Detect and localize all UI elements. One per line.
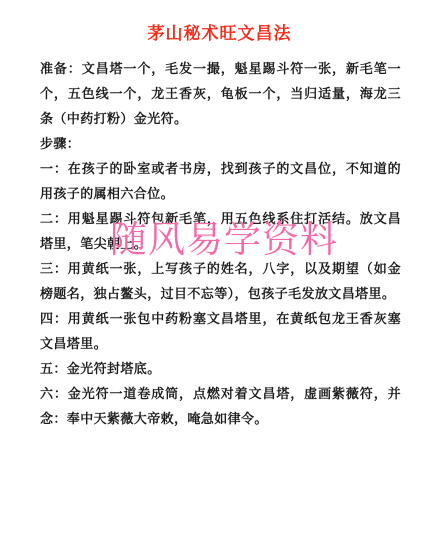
prep-text: 文昌塔一个，毛发一撮，魁星踢斗符一张，新毛笔一个，五色线一个，龙王香灰，龟板一个… (40, 61, 401, 126)
prep-label: 准备： (40, 61, 82, 76)
page-title: 茅山秘术旺文昌法 (0, 22, 439, 46)
steps-heading: 步骤： (40, 131, 401, 156)
prep-paragraph: 准备：文昌塔一个，毛发一撮，魁星踢斗符一张，新毛笔一个，五色线一个，龙王香灰，龟… (40, 56, 401, 131)
step-1: 一：在孩子的卧室或者书房，找到孩子的文昌位，不知道的用孩子的属相六合位。 (40, 156, 401, 206)
document-body: 准备：文昌塔一个，毛发一撮，魁星踢斗符一张，新毛笔一个，五色线一个，龙王香灰，龟… (40, 56, 401, 431)
step-1-text: 一：在孩子的卧室或者书房，找到孩子的文昌位，不知道的用孩子的属相六合位。 (40, 161, 401, 201)
step-5-text: 五：金光符封塔底。 (40, 361, 161, 376)
steps-label: 步骤： (40, 136, 80, 151)
step-2-text: 二：用魁星踢斗符包新毛笔，用五色线系住打活结。放文昌塔里，笔尖朝上。 (40, 211, 401, 251)
step-3: 三：用黄纸一张，上写孩子的姓名，八字，以及期望（如金榜题名，独占鳌头，过目不忘等… (40, 256, 401, 306)
step-3-text: 三：用黄纸一张，上写孩子的姓名，八字，以及期望（如金榜题名，独占鳌头，过目不忘等… (40, 261, 401, 301)
step-4-text: 四：用黄纸一张包中药粉塞文昌塔里，在黄纸包龙王香灰塞文昌塔里。 (40, 311, 401, 351)
step-6: 六：金光符一道卷成筒，点燃对着文昌塔，虚画紫薇符，并念：奉中天紫薇大帝敕，唵急如… (40, 381, 401, 431)
document-page: 茅山秘术旺文昌法 准备：文昌塔一个，毛发一撮，魁星踢斗符一张，新毛笔一个，五色线… (0, 0, 439, 553)
step-2: 二：用魁星踢斗符包新毛笔，用五色线系住打活结。放文昌塔里，笔尖朝上。 (40, 206, 401, 256)
step-4: 四：用黄纸一张包中药粉塞文昌塔里，在黄纸包龙王香灰塞文昌塔里。 (40, 306, 401, 356)
step-6-text: 六：金光符一道卷成筒，点燃对着文昌塔，虚画紫薇符，并念：奉中天紫薇大帝敕，唵急如… (40, 386, 401, 426)
step-5: 五：金光符封塔底。 (40, 356, 401, 381)
